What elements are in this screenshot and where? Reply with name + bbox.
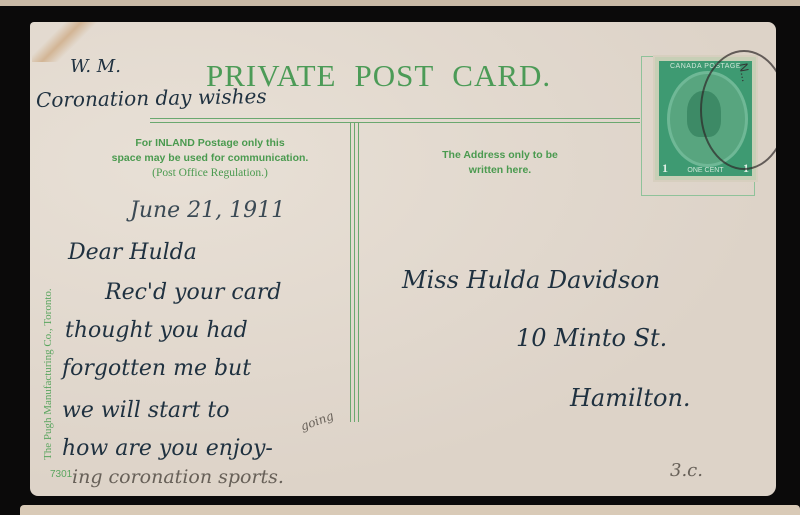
message-line: we will start to — [62, 398, 229, 423]
message-line: forgotten me but — [62, 356, 251, 381]
background-right-border — [776, 22, 800, 496]
background-strip-bottom — [20, 505, 800, 515]
instruction-line: written here. — [400, 163, 600, 178]
title-word: CARD. — [452, 58, 551, 93]
background-strip-top — [0, 0, 800, 6]
message-line: thought you had — [65, 318, 248, 343]
instruction-line: The Address only to be — [400, 148, 600, 163]
publisher-imprint: The Pugh Manufacturing Co., Toronto. — [42, 200, 54, 460]
address-name: Miss Hulda Davidson — [402, 266, 660, 294]
handwritten-salutation: Dear Hulda — [68, 240, 197, 265]
handwritten-date: June 21, 1911 — [130, 198, 285, 223]
message-line: Rec'd your card — [105, 280, 281, 305]
divider-horizontal — [150, 118, 640, 119]
title-word: POST — [354, 58, 434, 93]
message-line: how are you enjoy- — [62, 436, 273, 461]
card-number: 7301 — [50, 469, 72, 480]
communication-instructions: For INLAND Postage only this space may b… — [60, 136, 360, 181]
address-street: 10 Minto St. — [516, 324, 667, 352]
instruction-line: (Post Office Regulation.) — [60, 166, 360, 181]
instruction-line: For INLAND Postage only this — [60, 136, 360, 151]
address-city: Hamilton. — [570, 384, 691, 412]
handwritten-top-note: Coronation day wishes — [36, 84, 267, 112]
pencil-note: 3.c. — [670, 460, 703, 481]
stamp-value: 1 — [662, 161, 668, 176]
address-instructions: The Address only to be written here. — [400, 148, 600, 178]
divider-horizontal — [150, 122, 640, 123]
instruction-line: space may be used for communication. — [60, 151, 360, 166]
message-line: ing coronation sports. — [72, 466, 284, 488]
postmark-text: N... — [736, 62, 753, 83]
handwritten-top-note: W. M. — [70, 56, 121, 77]
